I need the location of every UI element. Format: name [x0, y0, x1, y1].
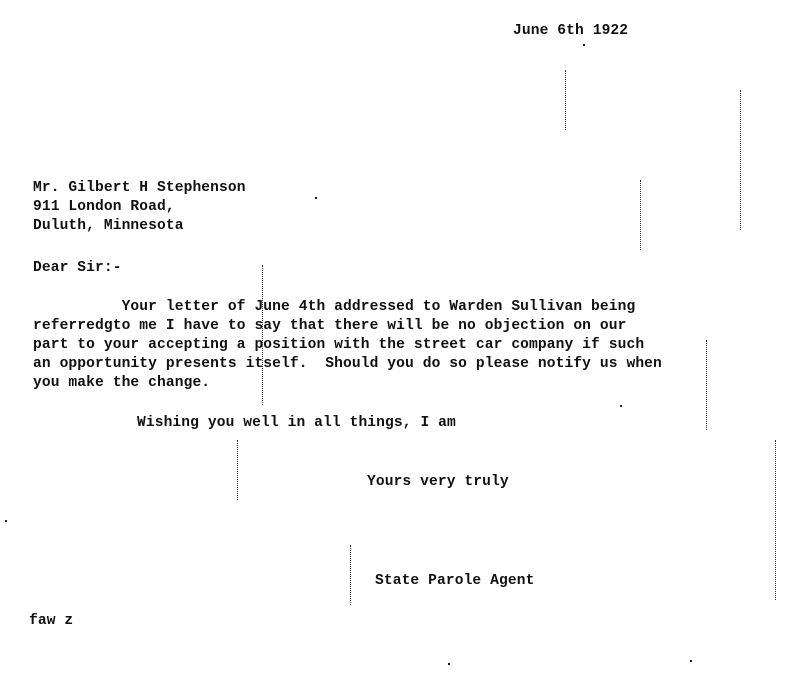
letter-date: June 6th 1922: [513, 22, 628, 41]
scan-speck: [448, 663, 450, 665]
closing-sentence: Wishing you well in all things, I am: [137, 414, 456, 433]
recipient-name: Mr. Gilbert H Stephenson: [33, 179, 246, 198]
scan-streak: [262, 265, 263, 405]
body-line: part to your accepting a position with t…: [33, 336, 644, 355]
recipient-city: Duluth, Minnesota: [33, 217, 184, 236]
body-line: an opportunity presents itself. Should y…: [33, 355, 662, 374]
scan-speck: [620, 405, 622, 407]
scan-speck: [690, 660, 692, 662]
scan-streak: [350, 545, 351, 605]
scan-streak: [740, 90, 741, 230]
scan-streak: [775, 440, 776, 600]
scan-streak: [640, 180, 641, 250]
body-line: you make the change.: [33, 374, 210, 393]
complimentary-close: Yours very truly: [367, 473, 509, 492]
scan-speck: [5, 520, 7, 522]
scan-speck: [315, 197, 317, 199]
scan-speck: [583, 44, 585, 46]
scan-streak: [706, 340, 707, 430]
body-line: Your letter of June 4th addressed to War…: [33, 298, 635, 317]
scan-streak: [237, 440, 238, 500]
salutation: Dear Sir:-: [33, 259, 122, 278]
recipient-street: 911 London Road,: [33, 198, 175, 217]
typist-initials: faw z: [29, 612, 73, 631]
body-line: referredgto me I have to say that there …: [33, 317, 626, 336]
signature-title: State Parole Agent: [375, 572, 534, 591]
scan-streak: [565, 70, 566, 130]
